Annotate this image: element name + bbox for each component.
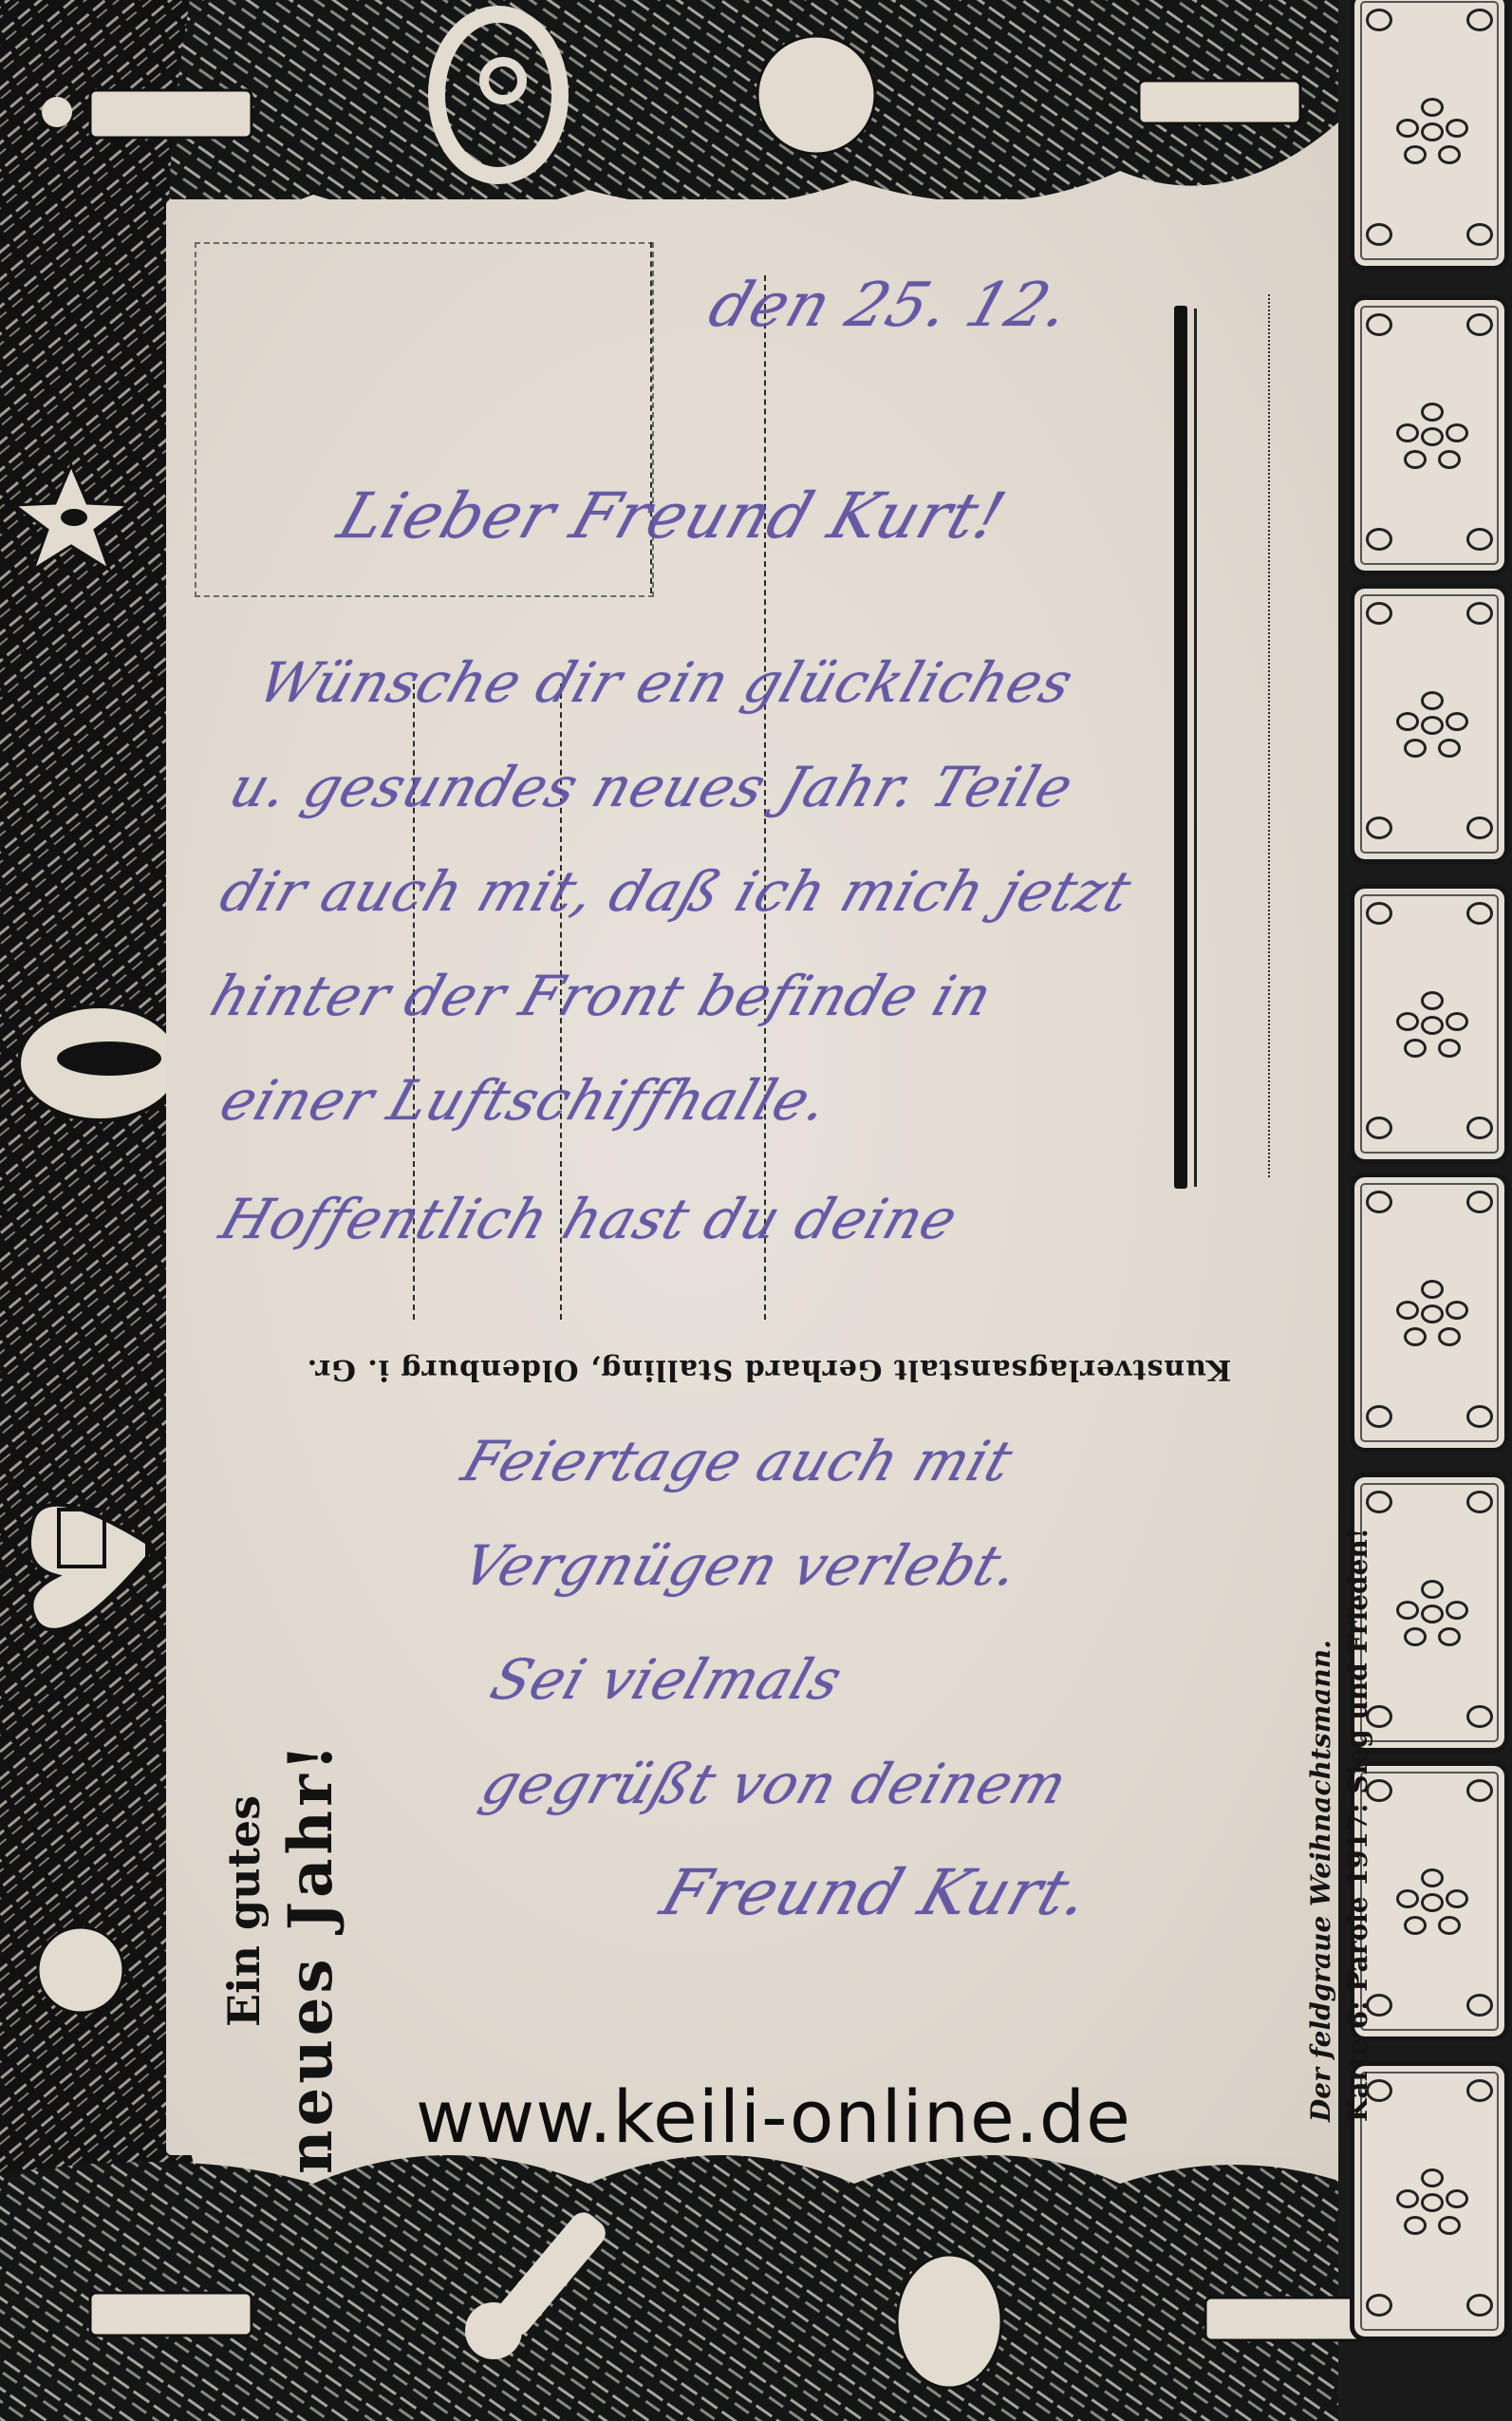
handwritten-line: hinter der Front befinde in xyxy=(203,964,1000,1028)
handwritten-date: den 25. 12. xyxy=(700,271,1079,341)
series-card-number: Karte 6: Parole 1917: Sieg und Frieden! xyxy=(1342,1343,1373,2122)
postcard: den 25. 12. Lieber Freund Kurt! Wünsche … xyxy=(0,0,1512,2421)
website-watermark: www.keili-online.de xyxy=(416,2074,1131,2159)
new-year-greeting: Ein gutes neues Jahr! xyxy=(180,1491,370,2174)
handwritten-line: u. gesundes neues Jahr. Teile xyxy=(222,755,1082,819)
gingerbread-tile xyxy=(1350,295,1509,575)
gingerbread-tile xyxy=(1350,884,1509,1164)
series-title: Der feldgraue Weihnachtsmann. xyxy=(1305,1343,1336,2122)
series-caption: Der feldgraue Weihnachtsmann. Karte 6: P… xyxy=(1305,1343,1391,2122)
handwritten-line: Vergnügen verlebt. xyxy=(455,1533,1028,1598)
gingerbread-tile xyxy=(1350,0,1509,271)
handwritten-signature: Freund Kurt. xyxy=(652,1856,1099,1929)
publisher-imprint: Kunstverlagsanstalt Gerhard Stalling, Ol… xyxy=(237,1353,1300,1386)
handwritten-line: Sei vielmals xyxy=(483,1647,850,1712)
handwritten-line: dir auch mit, daß ich mich jetzt xyxy=(213,859,1140,924)
handwritten-line: einer Luftschiffhalle. xyxy=(213,1068,837,1133)
address-divider xyxy=(1174,306,1187,1189)
handwritten-line: Wünsche dir ein glückliches xyxy=(251,650,1082,715)
address-divider-thin xyxy=(1194,309,1197,1187)
candle-icon xyxy=(90,90,252,138)
handwritten-line: Hoffentlich hast du deine xyxy=(213,1187,966,1251)
dotted-guide-line xyxy=(1268,294,1270,1177)
greeting-line-2: neues Jahr! xyxy=(275,1740,346,2174)
handwritten-line: gegrüßt von deinem xyxy=(474,1752,1075,1816)
handwritten-line: Feiertage auch mit xyxy=(455,1429,1021,1493)
handwritten-line: Lieber Freund Kurt! xyxy=(329,479,1014,553)
greeting-line-1: Ein gutes xyxy=(218,1795,270,2027)
gingerbread-tile xyxy=(1350,584,1509,864)
